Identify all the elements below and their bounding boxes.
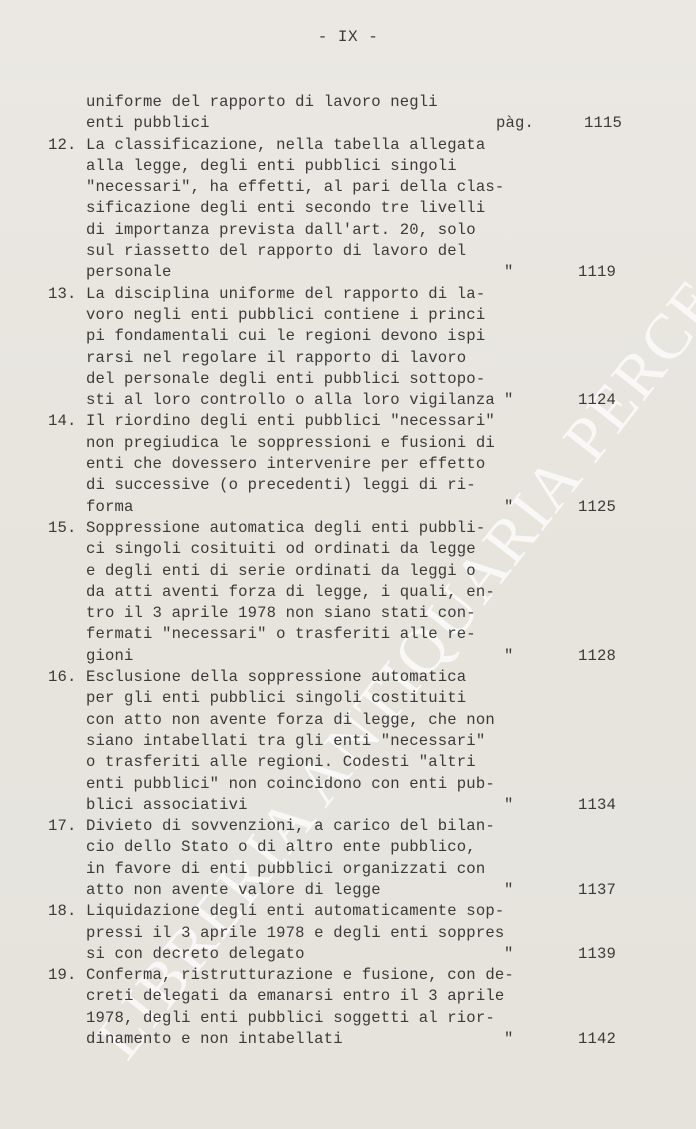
toc-entry: 18.Liquidazione degli enti automaticamen…	[48, 901, 638, 965]
entry-text: sul riassetto del rapporto di lavoro del	[86, 241, 466, 262]
page-prefix: "	[504, 944, 514, 965]
entry-text: Liquidazione degli enti automaticamente …	[86, 901, 504, 922]
entry-text: voro negli enti pubblici contiene i prin…	[86, 305, 485, 326]
toc-line: con atto non avente forza di legge, che …	[48, 710, 638, 731]
entry-text: del personale degli enti pubblici sottop…	[86, 369, 485, 390]
toc-line: personale"1119	[48, 262, 638, 283]
toc-line: non pregiudica le soppressioni e fusioni…	[48, 433, 638, 454]
page-number: - IX -	[0, 28, 696, 46]
entry-text: si con decreto delegato	[86, 944, 305, 965]
entry-text: 1978, degli enti pubblici soggetti al ri…	[86, 1008, 495, 1029]
entry-text: blici associativi	[86, 795, 248, 816]
entry-text: Il riordino degli enti pubblici "necessa…	[86, 411, 495, 432]
entry-text: dinamento e non intabellati	[86, 1029, 343, 1050]
entry-text: tro il 3 aprile 1978 non siano stati con…	[86, 603, 476, 624]
entry-text: enti che dovessero intervenire per effet…	[86, 454, 485, 475]
entry-text: Conferma, ristrutturazione e fusione, co…	[86, 965, 514, 986]
toc-line: 13.La disciplina uniforme del rapporto d…	[48, 284, 638, 305]
toc-line: 17.Divieto di sovvenzioni, a carico del …	[48, 816, 638, 837]
entry-text: cio dello Stato o di altro ente pubblico…	[86, 837, 476, 858]
toc-line: 12.La classificazione, nella tabella all…	[48, 135, 638, 156]
page-reference: 1115	[584, 113, 622, 134]
entry-text: di successive (o precedenti) leggi di ri…	[86, 475, 476, 496]
entry-text: pressi il 3 aprile 1978 e degli enti sop…	[86, 923, 504, 944]
entry-text: creti delegati da emanarsi entro il 3 ap…	[86, 986, 504, 1007]
entry-text: forma	[86, 497, 134, 518]
entry-text: Divieto di sovvenzioni, a carico del bil…	[86, 816, 495, 837]
page-prefix: "	[504, 1029, 514, 1050]
entry-text: enti pubblici	[86, 113, 210, 134]
entry-number: 16.	[48, 667, 77, 688]
toc-entry: uniforme del rapporto di lavoro neglient…	[48, 92, 638, 135]
page-reference: 1125	[578, 497, 616, 518]
toc-line: enti pubblicipàg.1115	[48, 113, 638, 134]
toc-line: creti delegati da emanarsi entro il 3 ap…	[48, 986, 638, 1007]
page-prefix: "	[504, 390, 514, 411]
entry-text: con atto non avente forza di legge, che …	[86, 710, 495, 731]
entry-text: La classificazione, nella tabella allega…	[86, 135, 485, 156]
toc-line: uniforme del rapporto di lavoro negli	[48, 92, 638, 113]
toc-entry: 12.La classificazione, nella tabella all…	[48, 135, 638, 284]
page-prefix: "	[504, 880, 514, 901]
toc-line: sificazione degli enti secondo tre livel…	[48, 198, 638, 219]
entry-number: 19.	[48, 965, 77, 986]
toc-line: per gli enti pubblici singoli costituiti	[48, 688, 638, 709]
page-prefix: "	[504, 795, 514, 816]
page-reference: 1119	[578, 262, 616, 283]
toc-line: enti pubblici" non coincidono con enti p…	[48, 774, 638, 795]
entry-number: 13.	[48, 284, 77, 305]
entry-number: 15.	[48, 518, 77, 539]
entry-text: pi fondamentali cui le regioni devono is…	[86, 326, 485, 347]
toc-line: dinamento e non intabellati"1142	[48, 1029, 638, 1050]
toc-entry: 17.Divieto di sovvenzioni, a carico del …	[48, 816, 638, 901]
toc-line: da atti aventi forza di legge, i quali, …	[48, 582, 638, 603]
toc-line: 19.Conferma, ristrutturazione e fusione,…	[48, 965, 638, 986]
entry-text: alla legge, degli enti pubblici singoli	[86, 156, 457, 177]
page-reference: 1134	[578, 795, 616, 816]
toc-line: sti al loro controllo o alla loro vigila…	[48, 390, 638, 411]
toc-entry: 16.Esclusione della soppressione automat…	[48, 667, 638, 816]
toc-line: gioni"1128	[48, 646, 638, 667]
page-reference: 1137	[578, 880, 616, 901]
toc-line: cio dello Stato o di altro ente pubblico…	[48, 837, 638, 858]
entry-number: 18.	[48, 901, 77, 922]
entry-text: per gli enti pubblici singoli costituiti	[86, 688, 466, 709]
entry-text: sificazione degli enti secondo tre livel…	[86, 198, 485, 219]
page-prefix: pàg.	[496, 113, 534, 134]
toc-line: 1978, degli enti pubblici soggetti al ri…	[48, 1008, 638, 1029]
entry-text: gioni	[86, 646, 134, 667]
toc-line: 15.Soppressione automatica degli enti pu…	[48, 518, 638, 539]
toc-line: alla legge, degli enti pubblici singoli	[48, 156, 638, 177]
entry-text: enti pubblici" non coincidono con enti p…	[86, 774, 495, 795]
toc-line: fermati "necessari" o trasferiti alle re…	[48, 624, 638, 645]
page-reference: 1128	[578, 646, 616, 667]
toc-line: enti che dovessero intervenire per effet…	[48, 454, 638, 475]
entry-text: La disciplina uniforme del rapporto di l…	[86, 284, 485, 305]
entry-text: o trasferiti alle regioni. Codesti "altr…	[86, 752, 476, 773]
toc-line: sul riassetto del rapporto di lavoro del	[48, 241, 638, 262]
entry-text: sti al loro controllo o alla loro vigila…	[86, 390, 495, 411]
entry-number: 14.	[48, 411, 77, 432]
toc-entry: 14.Il riordino degli enti pubblici "nece…	[48, 411, 638, 517]
toc-entry: 19.Conferma, ristrutturazione e fusione,…	[48, 965, 638, 1050]
toc-line: e degli enti di serie ordinati da leggi …	[48, 561, 638, 582]
table-of-contents: uniforme del rapporto di lavoro neglient…	[48, 92, 638, 1050]
entry-text: atto non avente valore di legge	[86, 880, 381, 901]
page-reference: 1124	[578, 390, 616, 411]
page-reference: 1139	[578, 944, 616, 965]
toc-line: ci singoli cosituiti od ordinati da legg…	[48, 539, 638, 560]
toc-entry: 13.La disciplina uniforme del rapporto d…	[48, 284, 638, 412]
page-prefix: "	[504, 646, 514, 667]
toc-line: del personale degli enti pubblici sottop…	[48, 369, 638, 390]
entry-text: di importanza prevista dall'art. 20, sol…	[86, 220, 476, 241]
toc-line: in favore di enti pubblici organizzati c…	[48, 859, 638, 880]
toc-line: pressi il 3 aprile 1978 e degli enti sop…	[48, 923, 638, 944]
toc-line: o trasferiti alle regioni. Codesti "altr…	[48, 752, 638, 773]
entry-text: Esclusione della soppressione automatica	[86, 667, 466, 688]
toc-line: "necessari", ha effetti, al pari della c…	[48, 177, 638, 198]
entry-text: non pregiudica le soppressioni e fusioni…	[86, 433, 495, 454]
entry-text: siano intabellati tra gli enti "necessar…	[86, 731, 485, 752]
toc-line: forma"1125	[48, 497, 638, 518]
toc-line: tro il 3 aprile 1978 non siano stati con…	[48, 603, 638, 624]
toc-entry: 15.Soppressione automatica degli enti pu…	[48, 518, 638, 667]
entry-text: uniforme del rapporto di lavoro negli	[86, 92, 438, 113]
toc-line: voro negli enti pubblici contiene i prin…	[48, 305, 638, 326]
entry-number: 17.	[48, 816, 77, 837]
toc-line: rarsi nel regolare il rapporto di lavoro	[48, 348, 638, 369]
toc-line: si con decreto delegato"1139	[48, 944, 638, 965]
toc-line: atto non avente valore di legge"1137	[48, 880, 638, 901]
toc-line: blici associativi"1134	[48, 795, 638, 816]
entry-text: in favore di enti pubblici organizzati c…	[86, 859, 485, 880]
toc-line: 16.Esclusione della soppressione automat…	[48, 667, 638, 688]
page-reference: 1142	[578, 1029, 616, 1050]
entry-text: fermati "necessari" o trasferiti alle re…	[86, 624, 476, 645]
toc-line: siano intabellati tra gli enti "necessar…	[48, 731, 638, 752]
entry-text: personale	[86, 262, 172, 283]
entry-text: rarsi nel regolare il rapporto di lavoro	[86, 348, 466, 369]
entry-text: da atti aventi forza di legge, i quali, …	[86, 582, 495, 603]
entry-text: ci singoli cosituiti od ordinati da legg…	[86, 539, 476, 560]
entry-number: 12.	[48, 135, 77, 156]
entry-text: e degli enti di serie ordinati da leggi …	[86, 561, 476, 582]
toc-line: 18.Liquidazione degli enti automaticamen…	[48, 901, 638, 922]
entry-text: "necessari", ha effetti, al pari della c…	[86, 177, 504, 198]
entry-text: Soppressione automatica degli enti pubbl…	[86, 518, 485, 539]
page-prefix: "	[504, 497, 514, 518]
toc-line: di successive (o precedenti) leggi di ri…	[48, 475, 638, 496]
toc-line: di importanza prevista dall'art. 20, sol…	[48, 220, 638, 241]
toc-line: 14.Il riordino degli enti pubblici "nece…	[48, 411, 638, 432]
toc-line: pi fondamentali cui le regioni devono is…	[48, 326, 638, 347]
page-prefix: "	[504, 262, 514, 283]
